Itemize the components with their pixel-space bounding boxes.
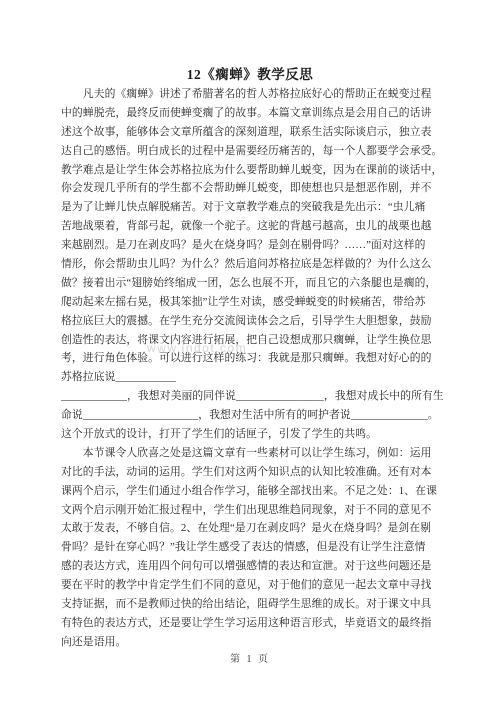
text-line: 课两个启示，学生们通过小组合作学习，能够全部找出来。不足之处：1、在课	[61, 482, 443, 501]
text-line: 太敢于发表，不够自信。2、在处理“是刀在剥皮吗？是火在烧身吗？是剑在剔	[61, 519, 443, 538]
document-body: 凡夫的《瘸蝉》讲述了希腊著名的哲人苏格拉底好心的帮助正在蜕变过程中的蝉脱壳，最终…	[61, 85, 443, 652]
text-line: 文两个启示刚开始汇报过程中，学生们出现思维趋同现象，对于不同的意见不	[61, 501, 443, 520]
text-line: 情形，你会帮助虫儿吗？为什么？然后追问苏格拉底是怎样做的？为什么这么	[61, 255, 443, 274]
text-line: 凡夫的《瘸蝉》讲述了希腊著名的哲人苏格拉底好心的帮助正在蜕变过程	[61, 85, 443, 104]
text-line: 苦地战栗着，背部弓起，就像一个驼子。这驼的背越弓越高，虫儿的战栗也越	[61, 217, 443, 236]
text-line: 爬动起来左摇右晃，极其笨拙”让学生对读，感受蝉蜕变的时候痛苦，带给苏	[61, 293, 443, 312]
text-line: 考，进行角色体验。可以进行这样的练习：我就是那只瘸蝉。我想对好心的的	[61, 349, 443, 368]
text-line: 有特色的表达方式，还是要让学生学习运用这种语言形式，毕竟语文的最终指	[61, 614, 443, 633]
page-number: 第 1 页	[0, 650, 500, 665]
text-line: 你会发现几乎所有的学生都不会帮助蝉儿蜕变，即使想也只是想恶作剧，并不	[61, 179, 443, 198]
text-line: 向还是语用。	[61, 633, 443, 652]
text-line: 苏格拉底说___________	[61, 368, 443, 387]
text-line: 做？接着出示“翅膀始终缩成一团，怎么也展不开，而且它的六条腿也是瘸的，	[61, 274, 443, 293]
text-line: 格拉底巨大的震撼。在学生充分交流阅读体会之后，引导学生大胆想象，鼓励	[61, 312, 443, 331]
text-line: 教学难点是让学生体会苏格拉底为什么要帮助蝉儿蜕变，因为在课前的谈话中，	[61, 161, 443, 180]
text-line: 是为了让蝉儿快点解脱痛苦。对于文章教学难点的突破我是先出示：“虫儿痛	[61, 198, 443, 217]
text-line: 这个开放式的设计，打开了学生们的话匣子，引发了学生的共鸣。	[61, 425, 443, 444]
text-line: 要在平时的教学中肯定学生们不同的意见，对于他们的意见一起去文章中寻找	[61, 576, 443, 595]
page-title: 12《瘸蝉》教学反思	[0, 63, 500, 83]
text-line: 中的蝉脱壳，最终反而使蝉变瘸了的故事。本篇文章训练点是会用自己的话讲	[61, 104, 443, 123]
text-line: 骨吗？是针在穿心吗？”我让学生感受了表达的情感，但是没有让学生注意情	[61, 538, 443, 557]
text-line: ____________，我想对美丽的同伴说________________，我…	[61, 387, 443, 406]
document-page: 12《瘸蝉》教学反思 凡夫的《瘸蝉》讲述了希腊著名的哲人苏格拉底好心的帮助正在蜕…	[0, 0, 500, 708]
text-line: 对比的手法，动词的运用。学生们对这两个知识点的认知比较准确。还有对本	[61, 463, 443, 482]
text-line: 述这个故事，能够体会文章所蕴含的深刻道理，联系生活实际谈启示，独立表	[61, 123, 443, 142]
text-line: 命说_____________________，我想对生活中所有的呵护者说___…	[61, 406, 443, 425]
text-line: 来越剧烈。是刀在剥皮吗？是火在烧身吗？是剑在剔骨吗？……”面对这样的	[61, 236, 443, 255]
text-line: 感的表达方式，连用四个问句可以增强感情的表达和宣泄。对于这些问题还是	[61, 557, 443, 576]
text-line: 支持证据，而不是教师过快的给出结论，阻碍学生思维的成长。对于课文中具	[61, 595, 443, 614]
text-line: 达自己的感悟。明白成长的过程中是需要经历痛苦的，每一个人都要学会承受。	[61, 142, 443, 161]
text-line: 本节课令人欣喜之处是这篇文章有一些素材可以让学生练习，例如：运用	[61, 444, 443, 463]
text-line: 创造性的表达，将课文内容进行拓展，把自己设想成那只瘸蝉，让学生换位思	[61, 331, 443, 350]
